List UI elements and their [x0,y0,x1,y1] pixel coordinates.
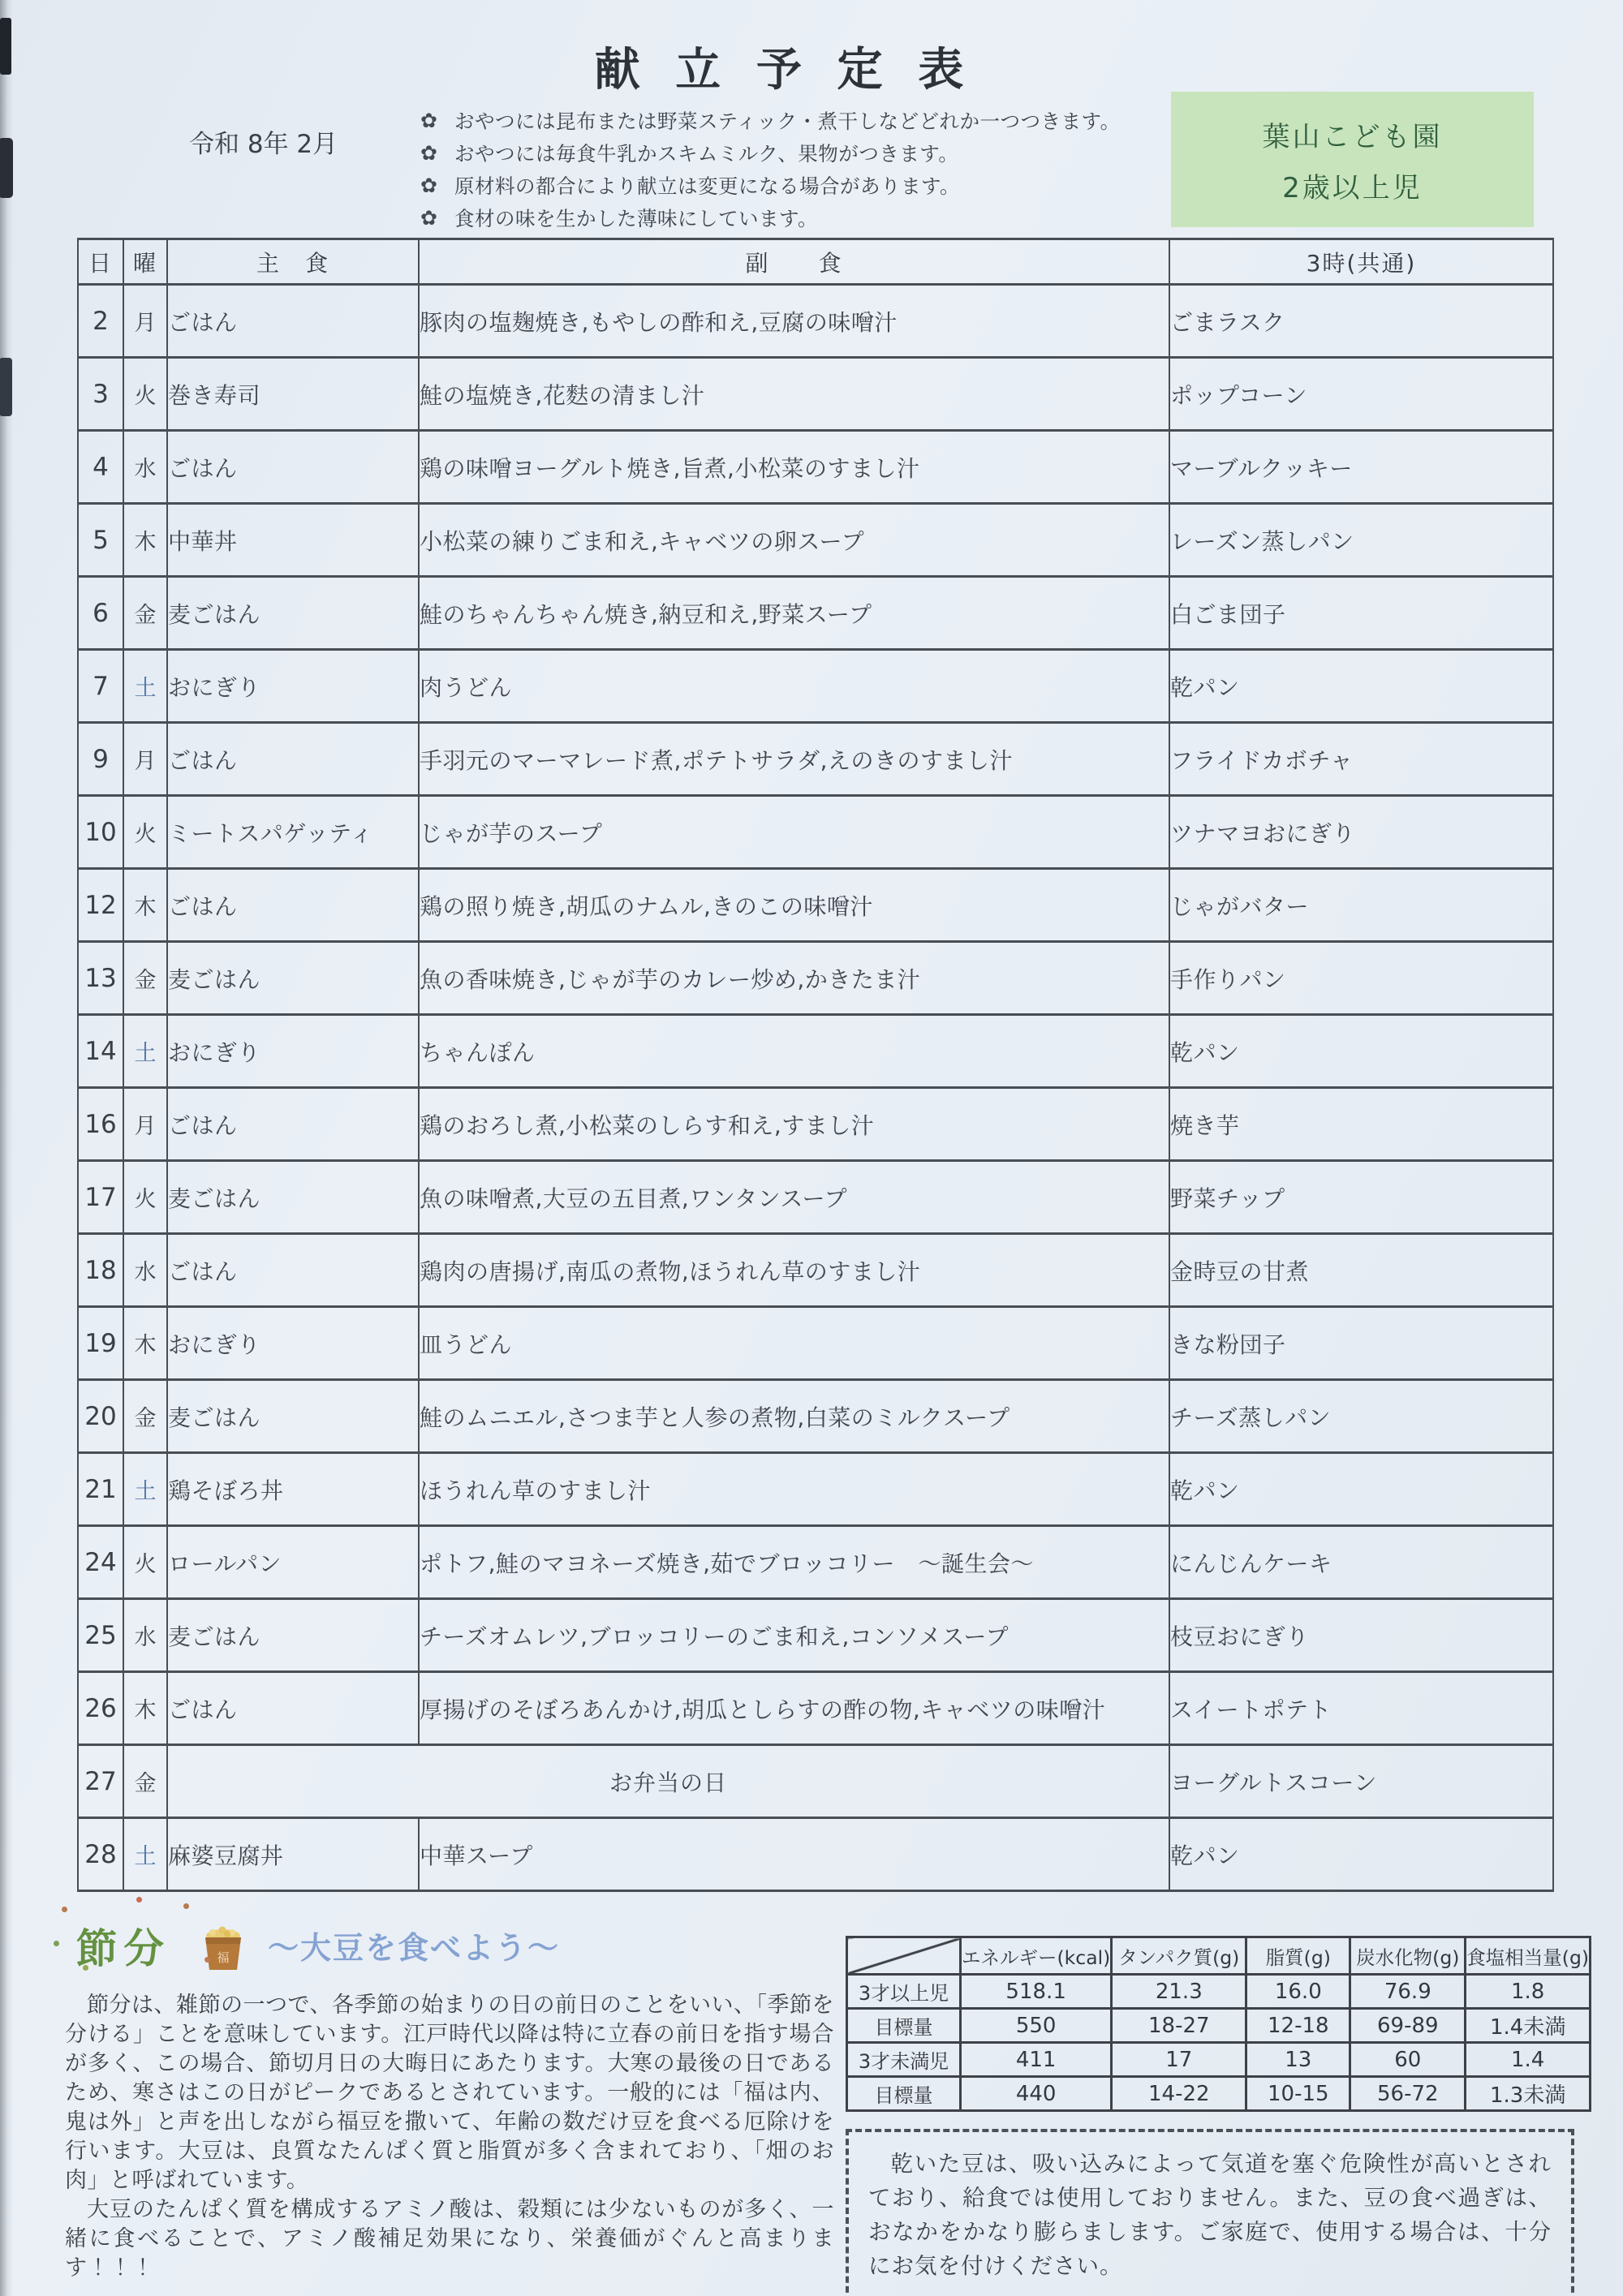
staple-cell: 麦ごはん [167,1380,419,1453]
flower-icon: ✿ [420,206,454,230]
nutrition-row-label: 3才以上児 [847,1975,961,2009]
staple-cell: ごはん [167,869,419,942]
snack-cell: マーブルクッキー [1169,431,1553,504]
weekday-cell: 月 [123,285,167,358]
day-cell: 9 [78,723,123,796]
weekday-cell: 木 [123,869,167,942]
weekday-cell: 木 [123,504,167,577]
staple-cell: 巻き寿司 [167,358,419,431]
weekday-cell: 土 [123,1818,167,1891]
side-dish-cell: 鮭のムニエル,さつま芋と人参の煮物,白菜のミルクスープ [419,1380,1169,1453]
snack-cell: ごまラスク [1169,285,1553,358]
day-cell: 12 [78,869,123,942]
weekday-cell: 火 [123,1526,167,1599]
staple-cell: 麦ごはん [167,942,419,1015]
day-cell: 19 [78,1307,123,1380]
nutrition-value-cell: 518.1 [961,1975,1112,2009]
header-day: 日 [78,239,123,285]
header-staple: 主 食 [167,239,419,285]
day-cell: 21 [78,1453,123,1526]
staple-cell: おにぎり [167,650,419,723]
side-dish-cell: 厚揚げのそぼろあんかけ,胡瓜としらすの酢の物,キャベツの味噌汁 [419,1672,1169,1745]
flower-icon: ✿ [420,141,454,165]
header-weekday: 曜 [123,239,167,285]
weekday-cell: 土 [123,1015,167,1088]
day-cell: 20 [78,1380,123,1453]
nutrition-value-cell: 14-22 [1112,2077,1246,2111]
menu-row: 25水麦ごはんチーズオムレツ,ブロッコリーのごま和え,コンソメスープ枝豆おにぎり [78,1599,1553,1672]
side-dish-cell: 鶏肉の唐揚げ,南瓜の煮物,ほうれん草のすまし汁 [419,1234,1169,1307]
header-side: 副 食 [419,239,1169,285]
snack-cell: ヨーグルトスコーン [1169,1745,1553,1818]
side-dish-cell: ポトフ,鮭のマヨネーズ焼き,茹でブロッコリー ～誕生会～ [419,1526,1169,1599]
seasonal-subheading: ～大豆を食べよう～ [268,1923,560,1967]
bean-warning-text: 乾いた豆は、吸い込みによって気道を塞ぐ危険性が高いとされており、給食では使用して… [868,2147,1552,2283]
staple-cell: ごはん [167,285,419,358]
nutrition-value-cell: 17 [1112,2043,1246,2077]
notes-list: ✿おやつには昆布または野菜スティック・煮干しなどどれか一つつきます。✿おやつには… [420,104,1121,234]
nutrition-header-cell: 脂質(g) [1246,1937,1350,1975]
side-dish-cell: ちゃんぽん [419,1015,1169,1088]
side-dish-cell: チーズオムレツ,ブロッコリーのごま和え,コンソメスープ [419,1599,1169,1672]
side-dish-cell: 肉うどん [419,650,1169,723]
scan-edge-shadow [0,0,13,2296]
menu-row: 6金麦ごはん鮭のちゃんちゃん焼き,納豆和え,野菜スープ白ごま団子 [78,577,1553,650]
day-cell: 18 [78,1234,123,1307]
side-dish-cell: 鮭の塩焼き,花麩の清まし汁 [419,358,1169,431]
day-cell: 16 [78,1088,123,1161]
staple-cell: ごはん [167,1672,419,1745]
side-dish-cell: 鶏の味噌ヨーグルト焼き,旨煮,小松菜のすまし汁 [419,431,1169,504]
snack-cell: フライドカボチャ [1169,723,1553,796]
snack-cell: にんじんケーキ [1169,1526,1553,1599]
nutrition-value-cell: 550 [961,2009,1112,2043]
snack-cell: じゃがバター [1169,869,1553,942]
day-cell: 26 [78,1672,123,1745]
day-cell: 7 [78,650,123,723]
menu-row: 2月ごはん豚肉の塩麹焼き,もやしの酢和え,豆腐の味噌汁ごまラスク [78,285,1553,358]
seasonal-heading-row: 節分 福 ～大豆を食べよう～ [65,1911,834,1986]
menu-row: 24火ロールパンポトフ,鮭のマヨネーズ焼き,茹でブロッコリー ～誕生会～にんじん… [78,1526,1553,1599]
staple-cell: 麻婆豆腐丼 [167,1818,419,1891]
staple-cell: ごはん [167,431,419,504]
nutrition-row: 3才以上児518.121.316.076.91.8 [847,1975,1591,2009]
weekday-cell: 木 [123,1307,167,1380]
snack-cell: 手作りパン [1169,942,1553,1015]
day-cell: 10 [78,796,123,869]
nutrition-row-label: 目標量 [847,2009,961,2043]
staple-cell: 鶏そぼろ丼 [167,1453,419,1526]
nutrition-value-cell: 411 [961,2043,1112,2077]
menu-row: 9月ごはん手羽元のマーマレード煮,ポテトサラダ,えのきのすまし汁フライドカボチャ [78,723,1553,796]
menu-row: 7土おにぎり肉うどん乾パン [78,650,1553,723]
weekday-cell: 木 [123,1672,167,1745]
bean-box-icon: 福 [200,1923,247,1973]
note-text: おやつには昆布または野菜スティック・煮干しなどどれか一つつきます。 [454,106,1121,135]
snack-cell: 野菜チップ [1169,1161,1553,1234]
snack-cell: 白ごま団子 [1169,577,1553,650]
nutrition-diagonal-cell [847,1937,961,1975]
side-dish-cell: じゃが芋のスープ [419,796,1169,869]
date-label: 令和 8年 2月 [189,123,338,160]
nutrition-header-cell: 炭水化物(g) [1350,1937,1466,1975]
nutrition-table: エネルギー(kcal)タンパク質(g)脂質(g)炭水化物(g)食塩相当量(g) … [846,1936,1591,2112]
weekday-cell: 金 [123,1380,167,1453]
confetti-dots-decoration [62,1907,67,1912]
weekday-cell: 水 [123,1599,167,1672]
snack-cell: きな粉団子 [1169,1307,1553,1380]
flower-icon: ✿ [420,109,454,132]
weekday-cell: 火 [123,358,167,431]
side-dish-cell: 豚肉の塩麹焼き,もやしの酢和え,豆腐の味噌汁 [419,285,1169,358]
menu-row: 27金お弁当の日ヨーグルトスコーン [78,1745,1553,1818]
nutrition-value-cell: 60 [1350,2043,1466,2077]
side-dish-cell: 鶏のおろし煮,小松菜のしらす和え,すまし汁 [419,1088,1169,1161]
note-item: ✿原材料の都合により献立は変更になる場合があります。 [420,169,1121,201]
snack-cell: レーズン蒸しパン [1169,504,1553,577]
snack-cell: 金時豆の甘煮 [1169,1234,1553,1307]
nutrition-row: 目標量44014-2210-1556-721.3未満 [847,2077,1591,2111]
day-cell: 13 [78,942,123,1015]
menu-row: 16月ごはん鶏のおろし煮,小松菜のしらす和え,すまし汁焼き芋 [78,1088,1553,1161]
menu-row: 14土おにぎりちゃんぽん乾パン [78,1015,1553,1088]
snack-cell: 乾パン [1169,1453,1553,1526]
weekday-cell: 土 [123,1453,167,1526]
staple-cell: 中華丼 [167,504,419,577]
side-dish-cell: 鮭のちゃんちゃん焼き,納豆和え,野菜スープ [419,577,1169,650]
nutrition-header-row: エネルギー(kcal)タンパク質(g)脂質(g)炭水化物(g)食塩相当量(g) [847,1937,1591,1975]
menu-row: 26木ごはん厚揚げのそぼろあんかけ,胡瓜としらすの酢の物,キャベツの味噌汁スイー… [78,1672,1553,1745]
weekday-cell: 金 [123,942,167,1015]
bento-day-cell: お弁当の日 [167,1745,1169,1818]
side-dish-cell: ほうれん草のすまし汁 [419,1453,1169,1526]
side-dish-cell: 小松菜の練りごま和え,キャベツの卵スープ [419,504,1169,577]
side-dish-cell: 魚の香味焼き,じゃが芋のカレー炒め,かきたま汁 [419,942,1169,1015]
seasonal-paragraph-1: 節分は、雑節の一つで、各季節の始まりの日の前日のことをいい、「季節を分ける」こと… [65,1991,834,2195]
nutrition-value-cell: 12-18 [1246,2009,1350,2043]
weekday-cell: 火 [123,1161,167,1234]
weekday-cell: 土 [123,650,167,723]
facility-name: 葉山こども園 [1263,114,1443,154]
bean-warning-box: 乾いた豆は、吸い込みによって気道を塞ぐ危険性が高いとされており、給食では使用して… [846,2129,1574,2296]
staple-cell: おにぎり [167,1307,419,1380]
day-cell: 24 [78,1526,123,1599]
svg-text:福: 福 [217,1950,229,1965]
facility-class: 2歳以上児 [1282,166,1423,205]
snack-cell: 乾パン [1169,650,1553,723]
snack-cell: スイートポテト [1169,1672,1553,1745]
weekday-cell: 水 [123,1234,167,1307]
page-title: 献立予定表 [0,34,1558,99]
nutrition-value-cell: 1.3未満 [1466,2077,1591,2111]
nutrition-value-cell: 18-27 [1112,2009,1246,2043]
nutrition-value-cell: 1.4 [1466,2043,1591,2077]
side-dish-cell: 皿うどん [419,1307,1169,1380]
day-cell: 6 [78,577,123,650]
weekday-cell: 金 [123,577,167,650]
weekday-cell: 水 [123,431,167,504]
staple-cell: 麦ごはん [167,577,419,650]
staple-cell: ごはん [167,1088,419,1161]
menu-row: 20金麦ごはん鮭のムニエル,さつま芋と人参の煮物,白菜のミルクスープチーズ蒸しパ… [78,1380,1553,1453]
nutrition-header-cell: タンパク質(g) [1112,1937,1246,1975]
weekday-cell: 火 [123,796,167,869]
weekday-cell: 月 [123,1088,167,1161]
side-dish-cell: 中華スープ [419,1818,1169,1891]
nutrition-value-cell: 56-72 [1350,2077,1466,2111]
flower-icon: ✿ [420,174,454,197]
menu-row: 12木ごはん鶏の照り焼き,胡瓜のナムル,きのこの味噌汁じゃがバター [78,869,1553,942]
side-dish-cell: 鶏の照り焼き,胡瓜のナムル,きのこの味噌汁 [419,869,1169,942]
day-cell: 4 [78,431,123,504]
day-cell: 28 [78,1818,123,1891]
nutrition-value-cell: 76.9 [1350,1975,1466,2009]
day-cell: 27 [78,1745,123,1818]
day-cell: 17 [78,1161,123,1234]
facility-box: 葉山こども園 2歳以上児 [1171,92,1534,227]
note-text: おやつには毎食牛乳かスキムミルク、果物がつきます。 [454,139,958,167]
staple-cell: ごはん [167,1234,419,1307]
nutrition-header-cell: エネルギー(kcal) [961,1937,1112,1975]
note-text: 食材の味を生かした薄味にしています。 [454,204,818,232]
menu-row: 3火巻き寿司鮭の塩焼き,花麩の清まし汁ポップコーン [78,358,1553,431]
seasonal-paragraph-2: 大豆のたんぱく質を構成するアミノ酸は、穀類には少ないものが多く、一緒に食べること… [65,2195,834,2283]
setsubun-heading-text: 節分 [76,1925,170,1972]
nutrition-value-cell: 440 [961,2077,1112,2111]
note-item: ✿おやつには毎食牛乳かスキムミルク、果物がつきます。 [420,136,1121,169]
staple-cell: 麦ごはん [167,1599,419,1672]
nutrition-value-cell: 16.0 [1246,1975,1350,2009]
header-snack: 3時(共通) [1169,239,1553,285]
menu-header-row: 日 曜 主 食 副 食 3時(共通) [78,239,1553,285]
side-dish-cell: 手羽元のマーマレード煮,ポテトサラダ,えのきのすまし汁 [419,723,1169,796]
note-item: ✿食材の味を生かした薄味にしています。 [420,201,1121,234]
menu-row: 18水ごはん鶏肉の唐揚げ,南瓜の煮物,ほうれん草のすまし汁金時豆の甘煮 [78,1234,1553,1307]
note-text: 原材料の都合により献立は変更になる場合があります。 [454,171,960,200]
snack-cell: 乾パン [1169,1818,1553,1891]
menu-table-body: 2月ごはん豚肉の塩麹焼き,もやしの酢和え,豆腐の味噌汁ごまラスク3火巻き寿司鮭の… [78,285,1553,1891]
day-cell: 3 [78,358,123,431]
nutrition-row-label: 目標量 [847,2077,961,2111]
staple-cell: おにぎり [167,1015,419,1088]
side-dish-cell: 魚の味噌煮,大豆の五目煮,ワンタンスープ [419,1161,1169,1234]
nutrition-value-cell: 1.4未満 [1466,2009,1591,2043]
day-cell: 25 [78,1599,123,1672]
nutrition-row: 3才未満児4111713601.4 [847,2043,1591,2077]
nutrition-value-cell: 69-89 [1350,2009,1466,2043]
menu-row: 19木おにぎり皿うどんきな粉団子 [78,1307,1553,1380]
nutrition-value-cell: 10-15 [1246,2077,1350,2111]
menu-row: 17火麦ごはん魚の味噌煮,大豆の五目煮,ワンタンスープ野菜チップ [78,1161,1553,1234]
menu-row: 21土鶏そぼろ丼ほうれん草のすまし汁乾パン [78,1453,1553,1526]
day-cell: 2 [78,285,123,358]
day-cell: 5 [78,504,123,577]
snack-cell: ツナマヨおにぎり [1169,796,1553,869]
nutrition-header-cell: 食塩相当量(g) [1466,1937,1591,1975]
snack-cell: ポップコーン [1169,358,1553,431]
menu-row: 4水ごはん鶏の味噌ヨーグルト焼き,旨煮,小松菜のすまし汁マーブルクッキー [78,431,1553,504]
menu-row: 13金麦ごはん魚の香味焼き,じゃが芋のカレー炒め,かきたま汁手作りパン [78,942,1553,1015]
snack-cell: 乾パン [1169,1015,1553,1088]
snack-cell: 枝豆おにぎり [1169,1599,1553,1672]
menu-row: 10火ミートスパゲッティじゃが芋のスープツナマヨおにぎり [78,796,1553,869]
snack-cell: チーズ蒸しパン [1169,1380,1553,1453]
staple-cell: 麦ごはん [167,1161,419,1234]
menu-table: 日 曜 主 食 副 食 3時(共通) 2月ごはん豚肉の塩麹焼き,もやしの酢和え,… [77,238,1554,1892]
menu-row: 5木中華丼小松菜の練りごま和え,キャベツの卵スープレーズン蒸しパン [78,504,1553,577]
nutrition-value-cell: 13 [1246,2043,1350,2077]
menu-plan-document: 献立予定表 令和 8年 2月 ✿おやつには昆布または野菜スティック・煮干しなどど… [0,0,1623,2296]
nutrition-value-cell: 1.8 [1466,1975,1591,2009]
nutrition-row: 目標量55018-2712-1869-891.4未満 [847,2009,1591,2043]
nutrition-value-cell: 21.3 [1112,1975,1246,2009]
nutrition-row-label: 3才未満児 [847,2043,961,2077]
nutrition-table-body: 3才以上児518.121.316.076.91.8目標量55018-2712-1… [847,1975,1591,2111]
snack-cell: 焼き芋 [1169,1088,1553,1161]
staple-cell: ミートスパゲッティ [167,796,419,869]
note-item: ✿おやつには昆布または野菜スティック・煮干しなどどれか一つつきます。 [420,104,1121,136]
day-cell: 14 [78,1015,123,1088]
weekday-cell: 月 [123,723,167,796]
weekday-cell: 金 [123,1745,167,1818]
menu-row: 28土麻婆豆腐丼中華スープ乾パン [78,1818,1553,1891]
seasonal-section: 節分 福 ～大豆を食べよう～ 節分は、雑節の一つで、各季節の始まりの日の前日のこ… [65,1911,834,2283]
setsubun-heading: 節分 [65,1911,179,1975]
staple-cell: ごはん [167,723,419,796]
staple-cell: ロールパン [167,1526,419,1599]
